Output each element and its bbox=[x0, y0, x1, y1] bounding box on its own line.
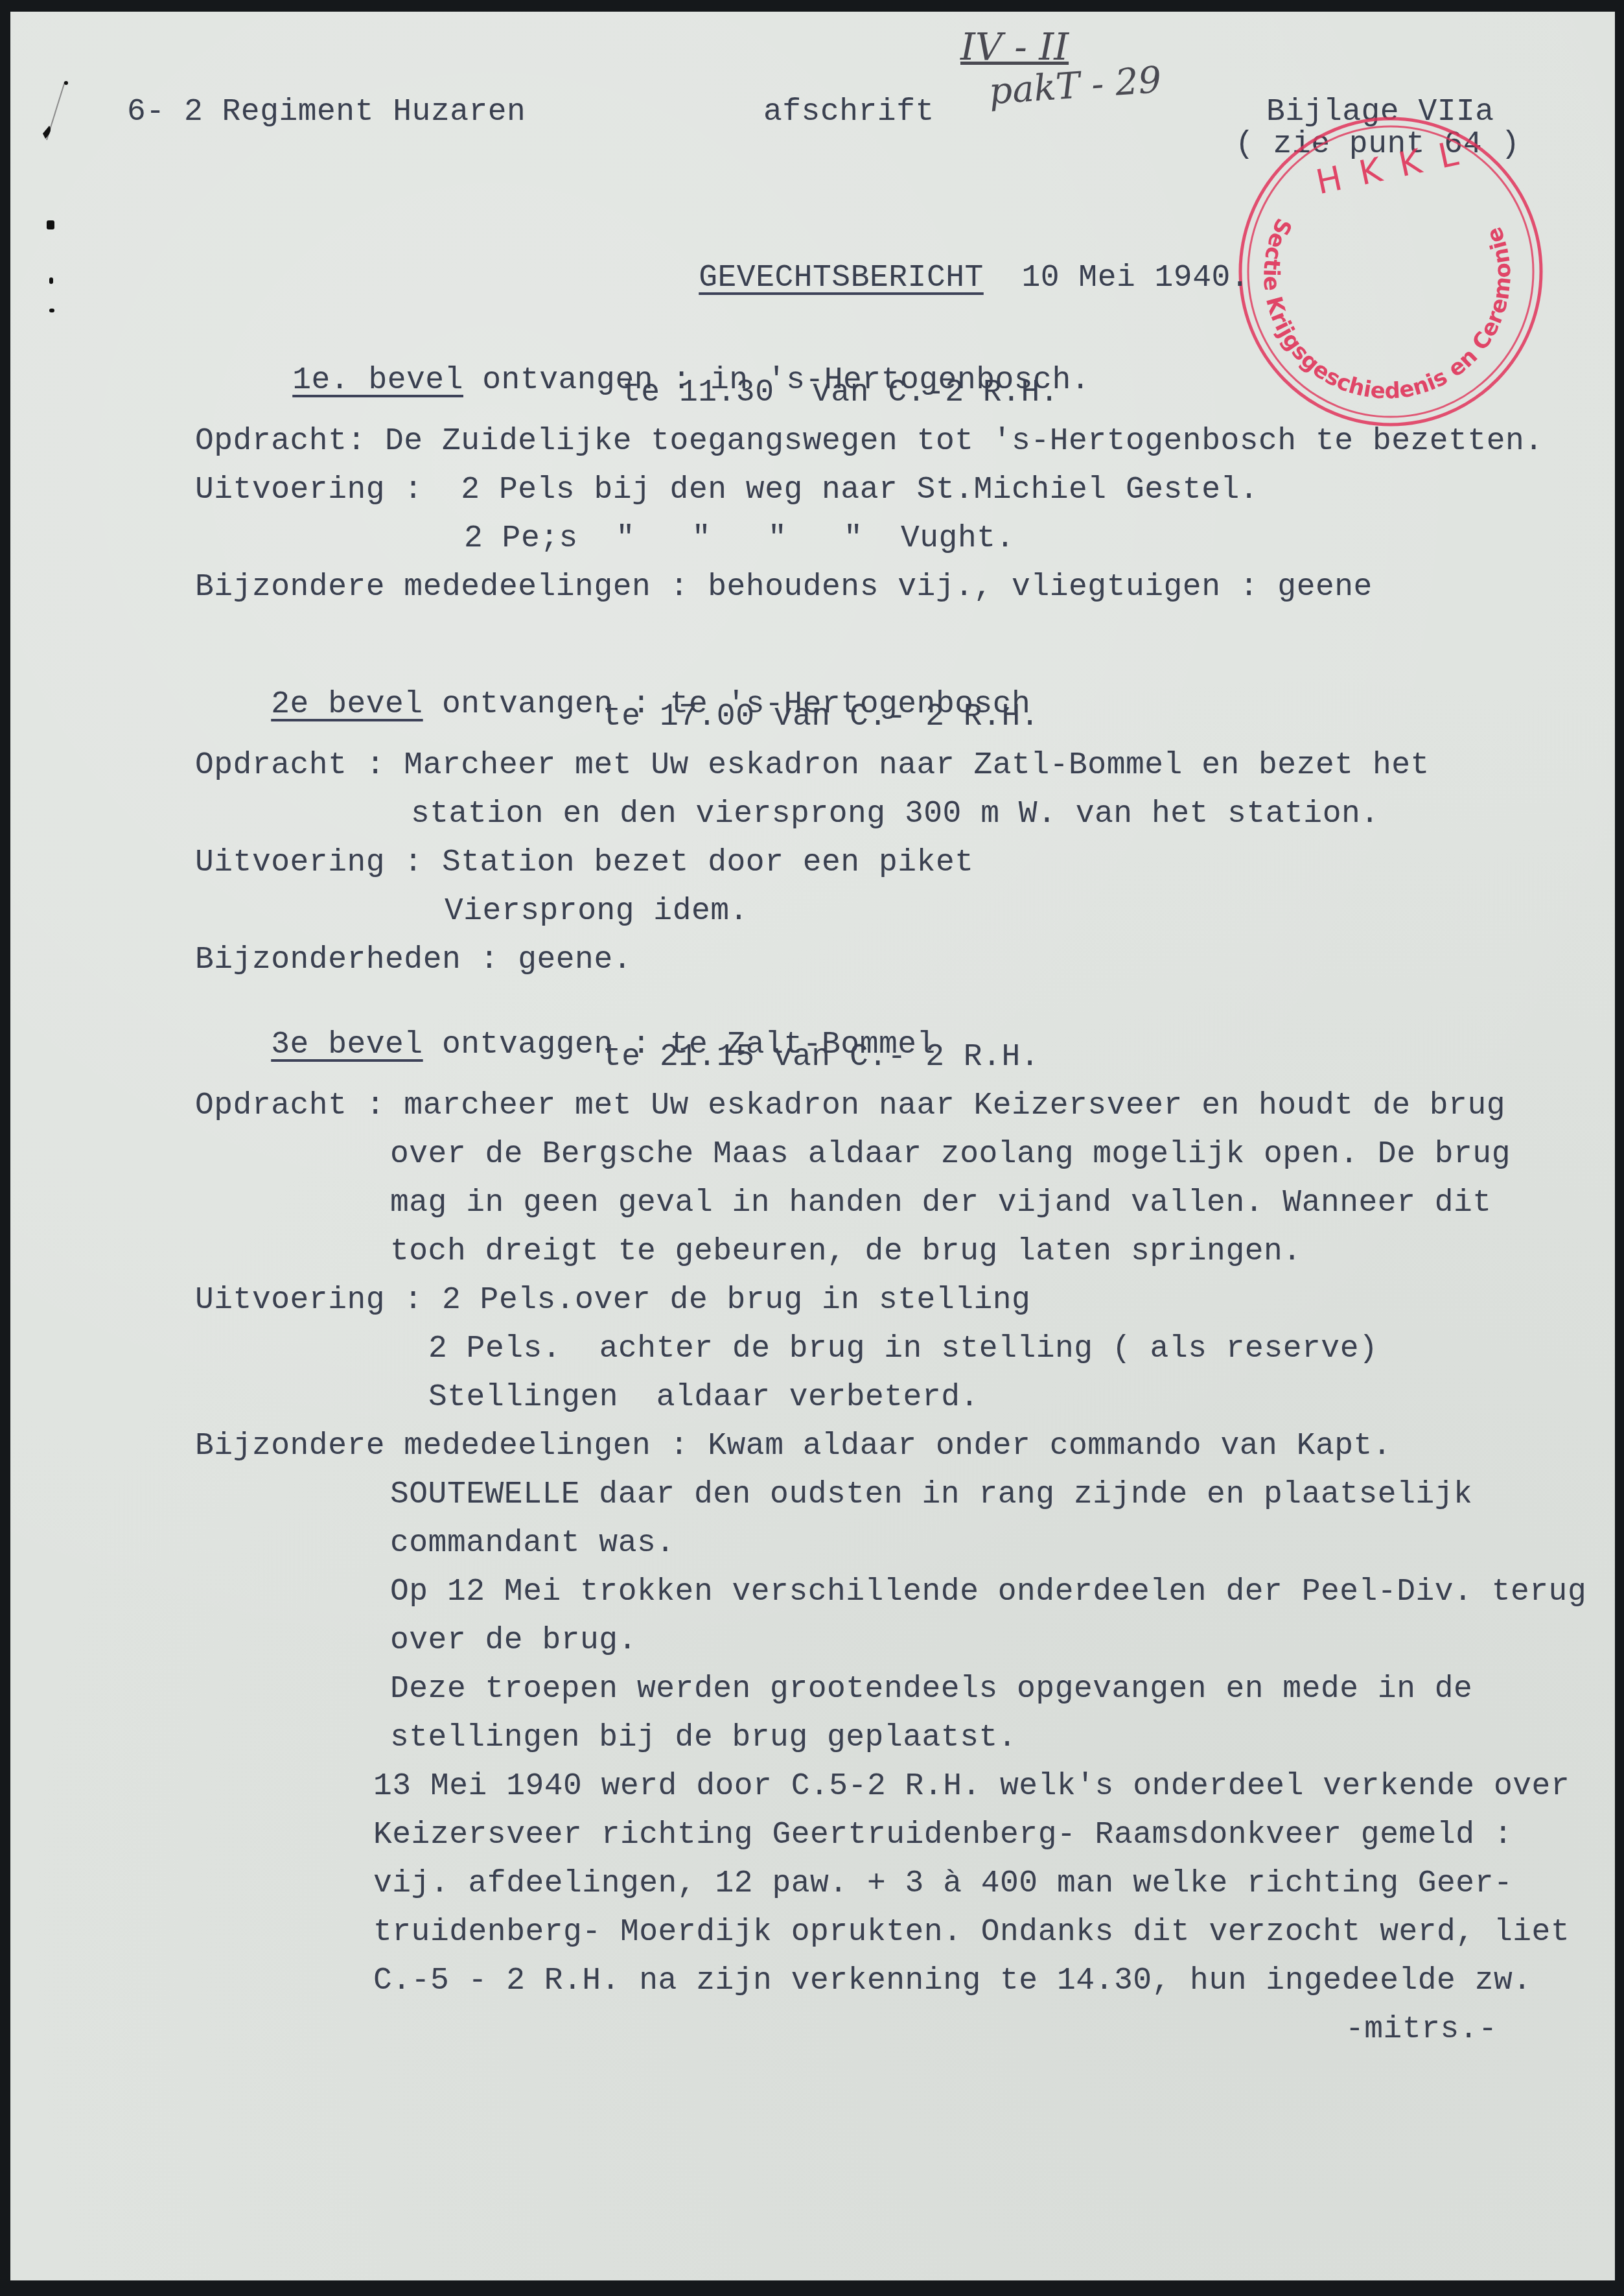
punch-hole-mark bbox=[47, 220, 54, 229]
continuation-marker: -mitrs.- bbox=[1345, 2011, 1497, 2048]
copy-label: afschrift bbox=[763, 94, 934, 130]
order-2-time: te 17.00 van C.- 2 R.H. bbox=[603, 699, 1039, 735]
punch-hole-mark bbox=[49, 277, 53, 284]
order-3-remarks-3: commandant was. bbox=[390, 1525, 675, 1562]
order-1-label: 1e. bevel bbox=[292, 363, 463, 398]
order-1-execution: Uitvoering : 2 Pels bij den weg naar St.… bbox=[195, 472, 1259, 508]
unit-heading: 6- 2 Regiment Huzaren bbox=[127, 94, 526, 130]
document-page: 6- 2 Regiment Huzaren afschrift IV - II … bbox=[10, 12, 1615, 2280]
order-2-remarks: Bijzonderheden : geene. bbox=[195, 942, 632, 978]
order-3-execution-2: 2 Pels. achter de brug in stelling ( als… bbox=[428, 1331, 1378, 1367]
stamp-ring-icon: H K K L Sectie Krijgsgeschiedenis en Cer… bbox=[1232, 111, 1549, 432]
order-2-execution: Uitvoering : Station bezet door een pike… bbox=[195, 845, 974, 881]
order-3-task-2: over de Bergsche Maas aldaar zoolang mog… bbox=[390, 1136, 1511, 1173]
order-3-label: 3e bevel bbox=[271, 1027, 423, 1062]
order-3-remarks: Bijzondere mededeelingen : Kwam aldaar o… bbox=[195, 1428, 1391, 1464]
svg-text:H K K L: H K K L bbox=[1313, 134, 1465, 202]
order-3-remarks-7: stellingen bij de brug geplaatst. bbox=[390, 1720, 1017, 1756]
order-3-remarks-4: Op 12 Mei trokken verschillende onderdee… bbox=[390, 1574, 1586, 1610]
punch-hole-mark bbox=[49, 309, 54, 312]
order-3-remarks-6: Deze troepen werden grootendeels opgevan… bbox=[390, 1671, 1472, 1707]
order-2-task: Opdracht : Marcheer met Uw eskadron naar… bbox=[195, 747, 1430, 784]
order-2-task-2: station en den viersprong 300 m W. van h… bbox=[411, 796, 1380, 832]
order-3-task-4: toch dreigt te gebeuren, de brug laten s… bbox=[390, 1234, 1302, 1270]
handwritten-reference-top: IV - II bbox=[960, 25, 1069, 69]
document-title: GEVECHTSBERICHT 10 Mei 1940. bbox=[623, 224, 1249, 333]
archive-stamp: H K K L Sectie Krijgsgeschiedenis en Cer… bbox=[1232, 111, 1549, 432]
order-3-execution-3: Stellingen aldaar verbeterd. bbox=[428, 1379, 979, 1416]
title-text: GEVECHTSBERICHT bbox=[699, 261, 984, 296]
order-2-label: 2e bevel bbox=[271, 687, 423, 722]
order-3-execution: Uitvoering : 2 Pels.over de brug in stel… bbox=[195, 1282, 1030, 1318]
order-3-remarks-10: vij. afdeelingen, 12 paw. + 3 à 400 man … bbox=[373, 1866, 1513, 1902]
order-3-remarks-11: truidenberg- Moerdijk oprukten. Ondanks … bbox=[373, 1914, 1570, 1950]
order-3-task-3: mag in geen geval in handen der vijand v… bbox=[390, 1185, 1492, 1221]
order-2-execution-2: Viersprong idem. bbox=[445, 893, 748, 930]
title-spacer bbox=[984, 261, 1022, 296]
order-1-remarks: Bijzondere mededeelingen : behoudens vij… bbox=[195, 569, 1373, 605]
order-1-task: Opdracht: De Zuidelijke toegangswegen to… bbox=[195, 423, 1544, 460]
order-3-time: te 21.15 van C.- 2 R.H. bbox=[603, 1039, 1039, 1075]
pencil-tick-icon bbox=[34, 69, 73, 153]
order-3-remarks-8: 13 Mei 1940 werd door C.5-2 R.H. welk's … bbox=[373, 1768, 1570, 1805]
order-3-remarks-9: Keizersveer richting Geertruidenberg- Ra… bbox=[373, 1817, 1513, 1853]
order-1-time: te 11.30 van C.-2 R.H. bbox=[622, 375, 1059, 411]
order-3-remarks-5: over de brug. bbox=[390, 1622, 637, 1659]
order-3-task: Opdracht : marcheer met Uw eskadron naar… bbox=[195, 1088, 1505, 1124]
order-1-execution-2: 2 Pe;s " " " " Vught. bbox=[464, 521, 1015, 557]
order-3-remarks-12: C.-5 - 2 R.H. na zijn verkenning te 14.3… bbox=[373, 1963, 1532, 1999]
order-3-remarks-2: SOUTEWELLE daar den oudsten in rang zijn… bbox=[390, 1477, 1472, 1513]
title-date: 10 Mei 1940. bbox=[1021, 261, 1249, 296]
